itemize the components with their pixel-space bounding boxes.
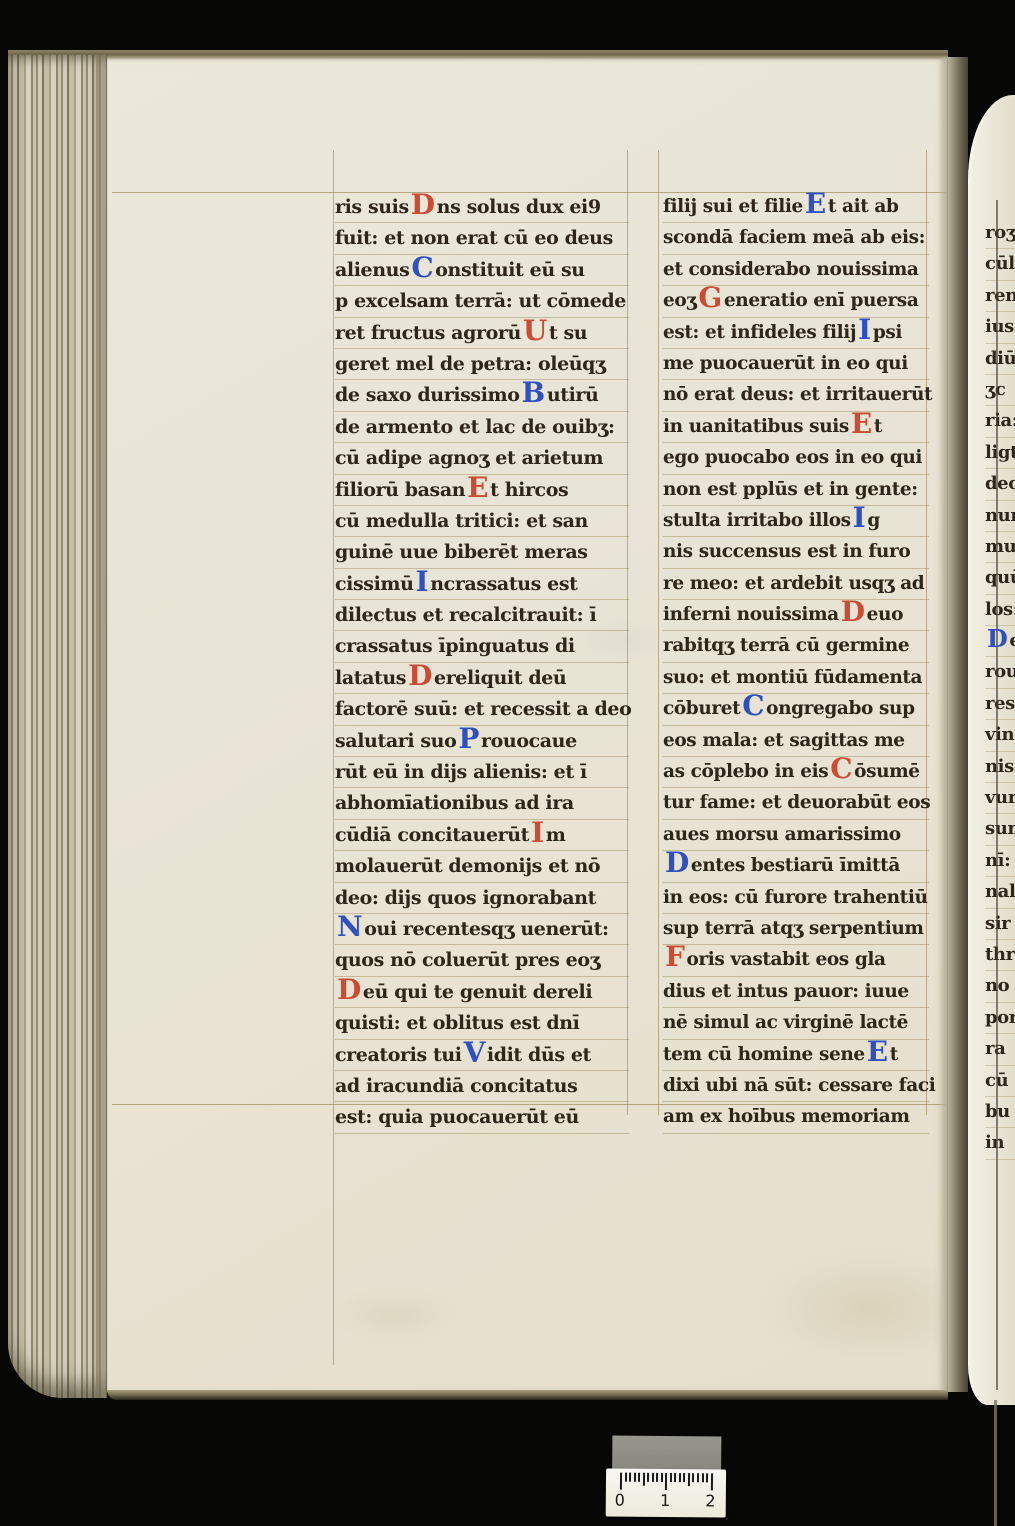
line-text: rabitqʒ terrā cū germine bbox=[663, 635, 909, 656]
ruler-tick bbox=[688, 1473, 690, 1486]
line-text: molauerūt demonijs et nō bbox=[335, 855, 600, 877]
ruling-line-vertical bbox=[658, 150, 659, 1115]
manuscript-line: vur bbox=[985, 783, 1015, 814]
page-edge-stack bbox=[8, 55, 107, 1398]
manuscript-line: crassatus īpinguatus di bbox=[335, 631, 629, 662]
line-text: dixi ubi nā sūt: cessare faci bbox=[663, 1075, 935, 1096]
line-text: t bbox=[890, 1044, 898, 1065]
line-text: vur bbox=[985, 787, 1015, 808]
manuscript-line: rou bbox=[985, 657, 1015, 688]
ruler-tick bbox=[643, 1473, 645, 1486]
ruler-tick bbox=[679, 1473, 681, 1482]
ruler-tick bbox=[702, 1473, 704, 1482]
manuscript-line: cūl bbox=[985, 249, 1015, 280]
manuscript-line: eos mala: et sagittas me bbox=[663, 726, 929, 757]
manuscript-line: quisti: et oblitus est dnī bbox=[335, 1008, 629, 1039]
line-text: non est pplūs et in gente: bbox=[663, 479, 918, 500]
manuscript-line: ad iracundiā concitatus bbox=[335, 1071, 629, 1102]
manuscript-line: in eos: cū furore trahentiū bbox=[663, 883, 929, 914]
manuscript-line: ris suisDns solus dux ei9 bbox=[335, 192, 629, 223]
ruler-tick bbox=[624, 1473, 626, 1482]
manuscript-line: thr bbox=[985, 940, 1015, 971]
line-text: tur fame: et deuorabūt eos bbox=[663, 792, 930, 813]
ruler-tick bbox=[661, 1473, 663, 1482]
manuscript-line: dius et intus pauor: iuue bbox=[663, 977, 929, 1008]
ruler-tick bbox=[652, 1473, 654, 1482]
sliver-page-edge-line bbox=[996, 200, 998, 1390]
line-text: oris vastabit eos gla bbox=[686, 949, 885, 970]
manuscript-line: dixi ubi nā sūt: cessare faci bbox=[663, 1071, 929, 1102]
manuscript-line: roʒ bbox=[985, 218, 1015, 249]
manuscript-line: ra bbox=[985, 1034, 1015, 1065]
manuscript-line: abhomīationibus ad ira bbox=[335, 788, 629, 819]
manuscript-line: rūt eū in dijs alienis: et ī bbox=[335, 757, 629, 788]
line-text: factorē suū: et recessit a deo bbox=[335, 698, 631, 720]
line-text: eoʒ bbox=[663, 290, 696, 311]
line-text: ns solus dux ei9 bbox=[437, 196, 601, 218]
manuscript-line: nē simul ac virginē lactē bbox=[663, 1008, 929, 1039]
line-text: nō erat deus: et irritauerūt bbox=[663, 384, 932, 405]
line-text: res bbox=[985, 693, 1015, 714]
manuscript-line: Foris vastabit eos gla bbox=[663, 945, 929, 976]
manuscript-line: nī: bbox=[985, 846, 1015, 877]
right-page-sliver: roʒcūlreniusdiūʒcria:ligtdectnurmurquūlo… bbox=[968, 95, 1015, 1405]
line-text: scondā faciem meā ab eis: bbox=[663, 227, 925, 248]
ruler-tick bbox=[638, 1473, 640, 1482]
line-text: de armento et lac de ouibʒ: bbox=[335, 416, 615, 438]
manuscript-line: rabitqʒ terrā cū germine bbox=[663, 631, 929, 662]
manuscript-line: cūdiā concitauerūtIm bbox=[335, 820, 629, 851]
line-text: cū medulla tritici: et san bbox=[335, 510, 588, 532]
manuscript-line: dect bbox=[985, 469, 1015, 500]
manuscript-line: fuit: et non erat cū eo deus bbox=[335, 223, 629, 254]
manuscript-line: vin bbox=[985, 720, 1015, 751]
line-text: geret mel de petra: oleūqʒ bbox=[335, 353, 605, 375]
manuscript-line: aues morsu amarissimo bbox=[663, 820, 929, 851]
manuscript-line: nur bbox=[985, 501, 1015, 532]
manuscript-line: salutari suoProuocaue bbox=[335, 726, 629, 757]
manuscript-line: in uanitatibus suisEt bbox=[663, 412, 929, 443]
manuscript-line: filiorū basanEt hircos bbox=[335, 475, 629, 506]
line-text: g bbox=[867, 510, 880, 531]
line-text: est: quia puocauerūt eū bbox=[335, 1106, 579, 1128]
manuscript-line: diū bbox=[985, 344, 1015, 375]
manuscript-line: no bbox=[985, 971, 1015, 1002]
ruler-tick bbox=[674, 1473, 676, 1482]
line-text: ego puocabo eos in eo qui bbox=[663, 447, 922, 468]
line-text: mur bbox=[985, 536, 1015, 557]
line-text: quos nō coluerūt pres eoʒ bbox=[335, 949, 600, 971]
text-column-left: ris suisDns solus dux ei9fuit: et non er… bbox=[335, 192, 629, 1134]
line-text: salutari suo bbox=[335, 730, 456, 752]
manuscript-line: ren bbox=[985, 281, 1015, 312]
line-text: stulta irritabo illos bbox=[663, 510, 851, 531]
line-text: eū qui te genuit dereli bbox=[363, 981, 592, 1003]
manuscript-line: bu bbox=[985, 1097, 1015, 1128]
line-text: ereliquit deū bbox=[434, 667, 566, 689]
line-text: abhomīationibus ad ira bbox=[335, 792, 574, 814]
ruler-tick bbox=[647, 1473, 649, 1482]
line-text: re meo: et ardebit usqʒ ad bbox=[663, 573, 924, 594]
line-text: in uanitatibus suis bbox=[663, 416, 849, 437]
line-text: ncrassatus est bbox=[430, 573, 577, 595]
line-text: p excelsam terrā: ut cōmede bbox=[335, 290, 626, 312]
line-text: fuit: et non erat cū eo deus bbox=[335, 227, 613, 249]
manuscript-line: est: et infideles filijIpsi bbox=[663, 318, 929, 349]
line-text: onstituit eū su bbox=[435, 259, 584, 281]
ruler-cm-label: 1 bbox=[660, 1491, 670, 1510]
manuscript-line: De bbox=[985, 626, 1015, 657]
line-text: eneratio enī puersa bbox=[724, 290, 918, 311]
manuscript-line: cissimūIncrassatus est bbox=[335, 569, 629, 600]
line-text: am ex hoībus memoriam bbox=[663, 1106, 910, 1127]
manuscript-line: geret mel de petra: oleūqʒ bbox=[335, 349, 629, 380]
line-text: t hircos bbox=[490, 479, 568, 501]
ruler-scale-strip: 012 bbox=[606, 1468, 726, 1517]
manuscript-line: quū bbox=[985, 563, 1015, 594]
manuscript-line: dilectus et recalcitrauit: ī bbox=[335, 600, 629, 631]
line-text: dius et intus pauor: iuue bbox=[663, 981, 909, 1002]
manuscript-line: ligt bbox=[985, 438, 1015, 469]
line-text: t su bbox=[549, 322, 587, 344]
line-text: ris suis bbox=[335, 196, 409, 218]
page-bottom-edge bbox=[107, 1390, 948, 1400]
line-text: alienus bbox=[335, 259, 409, 281]
manuscript-line: creatoris tuiVidit dūs et bbox=[335, 1040, 629, 1071]
ruler-tick bbox=[656, 1473, 658, 1482]
manuscript-line: cōburetCongregabo sup bbox=[663, 694, 929, 725]
line-text: crassatus īpinguatus di bbox=[335, 635, 575, 657]
line-text: eos mala: et sagittas me bbox=[663, 730, 905, 751]
manuscript-line: Deū qui te genuit dereli bbox=[335, 977, 629, 1008]
line-text: ius bbox=[985, 316, 1014, 337]
manuscript-line: cū medulla tritici: et san bbox=[335, 506, 629, 537]
manuscript-line: resc bbox=[985, 689, 1015, 720]
manuscript-line: molauerūt demonijs et nō bbox=[335, 851, 629, 882]
manuscript-line: los: bbox=[985, 595, 1015, 626]
line-text: t bbox=[874, 416, 882, 437]
line-text: ongregabo sup bbox=[766, 698, 914, 719]
manuscript-line: tur fame: et deuorabūt eos bbox=[663, 788, 929, 819]
manuscript-line: non est pplūs et in gente: bbox=[663, 475, 929, 506]
line-text: in eos: cū furore trahentiū bbox=[663, 887, 928, 908]
manuscript-line: in bbox=[985, 1128, 1015, 1159]
manuscript-line: alienusConstituit eū su bbox=[335, 255, 629, 286]
photograph-stage: ris suisDns solus dux ei9fuit: et non er… bbox=[0, 0, 1015, 1526]
line-text: psi bbox=[873, 322, 902, 343]
line-text: entes bestiarū īmittā bbox=[691, 855, 900, 876]
line-text: cū adipe agnoʒ et arietum bbox=[335, 447, 603, 469]
line-text: dilectus et recalcitrauit: ī bbox=[335, 604, 596, 626]
line-text: est: et infideles filij bbox=[663, 322, 856, 343]
line-text: filiorū basan bbox=[335, 479, 465, 501]
manuscript-line: eoʒGeneratio enī puersa bbox=[663, 286, 929, 317]
line-text: dect bbox=[985, 473, 1015, 494]
manuscript-line: nis bbox=[985, 752, 1015, 783]
manuscript-line: de saxo durissimoButirū bbox=[335, 380, 629, 411]
manuscript-line: ʒc bbox=[985, 375, 1015, 406]
line-text: ōsumē bbox=[854, 761, 920, 782]
line-text: guinē uue biberēt meras bbox=[335, 541, 588, 563]
manuscript-line: cū adipe agnoʒ et arietum bbox=[335, 443, 629, 474]
line-text: tem cū homine sene bbox=[663, 1044, 865, 1065]
line-text: de saxo durissimo bbox=[335, 384, 520, 406]
ruler-tick bbox=[683, 1473, 685, 1482]
manuscript-line: p excelsam terrā: ut cōmede bbox=[335, 286, 629, 317]
manuscript-line: cū bbox=[985, 1066, 1015, 1097]
line-text: deo: dijs quos ignorabant bbox=[335, 887, 596, 909]
line-text: m bbox=[546, 824, 566, 846]
manuscript-line: sunī bbox=[985, 814, 1015, 845]
line-text: e bbox=[1009, 630, 1015, 651]
manuscript-line: sir bbox=[985, 909, 1015, 940]
line-text: rou bbox=[985, 661, 1015, 682]
line-text: utirū bbox=[547, 384, 599, 406]
ruler-cm-label: 2 bbox=[705, 1491, 715, 1510]
manuscript-line: inferni nouissimaDeuo bbox=[663, 600, 929, 631]
line-text: ria: bbox=[985, 410, 1015, 431]
manuscript-line: latatusDereliquit deū bbox=[335, 663, 629, 694]
manuscript-line: ego puocabo eos in eo qui bbox=[663, 443, 929, 474]
manuscript-line: scondā faciem meā ab eis: bbox=[663, 223, 929, 254]
sliver-text-column: roʒcūlreniusdiūʒcria:ligtdectnurmurquūlo… bbox=[985, 218, 1015, 1160]
ruler-tick bbox=[629, 1473, 631, 1482]
line-text: aues morsu amarissimo bbox=[663, 824, 901, 845]
manuscript-line: est: quia puocauerūt eū bbox=[335, 1102, 629, 1133]
manuscript-line: sup terrā atqʒ serpentium bbox=[663, 914, 929, 945]
line-text: t ait ab bbox=[828, 196, 899, 217]
line-text: me puocauerūt in eo qui bbox=[663, 353, 908, 374]
line-text: as cōplebo in eis bbox=[663, 761, 828, 782]
line-text: sun bbox=[985, 818, 1015, 839]
ruler-tick bbox=[711, 1473, 713, 1490]
line-text: nal bbox=[985, 881, 1015, 902]
ruler-tick bbox=[634, 1473, 636, 1482]
line-text: oui recentesqʒ uenerūt: bbox=[364, 918, 608, 940]
line-text: filij sui et filie bbox=[663, 196, 803, 217]
line-text: thr bbox=[985, 944, 1015, 965]
ruling-line-vertical bbox=[333, 150, 334, 1365]
line-text: quisti: et oblitus est dnī bbox=[335, 1012, 580, 1034]
line-text: inferni nouissima bbox=[663, 604, 839, 625]
text-column-right: filij sui et filieEt ait abscondā faciem… bbox=[663, 192, 929, 1134]
manuscript-line: Noui recentesqʒ uenerūt: bbox=[335, 914, 629, 945]
gutter-shadow bbox=[938, 57, 968, 1392]
ruler-tick bbox=[706, 1473, 708, 1482]
line-text: suo: et montiū fūdamenta bbox=[663, 667, 922, 688]
manuscript-line: factorē suū: et recessit a deo bbox=[335, 694, 629, 725]
line-text: et considerabo nouissima bbox=[663, 259, 919, 280]
line-text: rouocaue bbox=[481, 730, 577, 752]
line-text: vin bbox=[985, 724, 1014, 745]
manuscript-line: quos nō coluerūt pres eoʒ bbox=[335, 945, 629, 976]
manuscript-line: guinē uue biberēt meras bbox=[335, 537, 629, 568]
line-text: ret fructus agrorū bbox=[335, 322, 521, 344]
line-text: cōburet bbox=[663, 698, 740, 719]
line-text: sup terrā atqʒ serpentium bbox=[663, 918, 924, 939]
manuscript-line: ius bbox=[985, 312, 1015, 343]
ruler-tick bbox=[692, 1473, 694, 1482]
manuscript-line: nal bbox=[985, 877, 1015, 908]
book-cradle-strap bbox=[994, 1400, 997, 1526]
ruler-tick bbox=[665, 1473, 667, 1490]
manuscript-line: me puocauerūt in eo qui bbox=[663, 349, 929, 380]
line-text: nur bbox=[985, 505, 1015, 526]
ruler-tick bbox=[620, 1473, 622, 1490]
manuscript-line: tem cū homine seneEt bbox=[663, 1040, 929, 1071]
line-text: latatus bbox=[335, 667, 406, 689]
manuscript-line: stulta irritabo illosIg bbox=[663, 506, 929, 537]
line-text: creatoris tui bbox=[335, 1044, 462, 1066]
line-text: diū bbox=[985, 348, 1015, 369]
line-text: euo bbox=[867, 604, 903, 625]
line-text: idit dūs et bbox=[487, 1044, 591, 1066]
manuscript-line: deo: dijs quos ignorabant bbox=[335, 883, 629, 914]
manuscript-line: ret fructus agrorūUt su bbox=[335, 318, 629, 349]
manuscript-line: as cōplebo in eisCōsumē bbox=[663, 757, 929, 788]
line-text: ren bbox=[985, 285, 1015, 306]
line-text: in bbox=[985, 1132, 1004, 1153]
ruler-tick bbox=[670, 1473, 672, 1482]
line-text: los: bbox=[985, 599, 1015, 620]
manuscript-line: filij sui et filieEt ait ab bbox=[663, 192, 929, 223]
line-text: nis succensus est in furo bbox=[663, 541, 910, 562]
line-text: quū bbox=[985, 567, 1015, 588]
ruler-tick bbox=[697, 1473, 699, 1482]
line-text: por bbox=[985, 1007, 1015, 1028]
manuscript-line: am ex hoībus memoriam bbox=[663, 1102, 929, 1133]
manuscript-line: suo: et montiū fūdamenta bbox=[663, 663, 929, 694]
line-text: rūt eū in dijs alienis: et ī bbox=[335, 761, 587, 783]
ruler-cm-label: 0 bbox=[615, 1491, 625, 1510]
line-text: ad iracundiā concitatus bbox=[335, 1075, 577, 1097]
manuscript-line: nō erat deus: et irritauerūt bbox=[663, 380, 929, 411]
line-text: nē simul ac virginē lactē bbox=[663, 1012, 908, 1033]
line-text: nis bbox=[985, 756, 1014, 777]
manuscript-line: mur bbox=[985, 532, 1015, 563]
manuscript-line: nis succensus est in furo bbox=[663, 537, 929, 568]
manuscript-line: por bbox=[985, 1003, 1015, 1034]
manuscript-line: re meo: et ardebit usqʒ ad bbox=[663, 569, 929, 600]
line-text: cissimū bbox=[335, 573, 414, 595]
scale-ruler: 012 bbox=[606, 1435, 733, 1524]
manuscript-line: de armento et lac de ouibʒ: bbox=[335, 412, 629, 443]
line-text: cūl bbox=[985, 253, 1015, 274]
line-text: cūdiā concitauerūt bbox=[335, 824, 529, 846]
line-text: ligt bbox=[985, 442, 1015, 463]
manuscript-line: ria: bbox=[985, 406, 1015, 437]
manuscript-line: Dentes bestiarū īmittā bbox=[663, 851, 929, 882]
line-text: roʒ bbox=[985, 222, 1015, 243]
